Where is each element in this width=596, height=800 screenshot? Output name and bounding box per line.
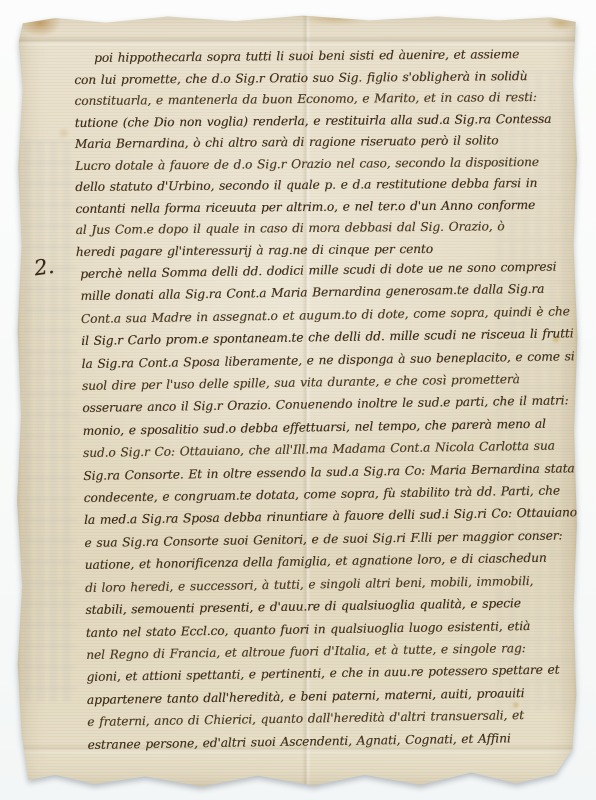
scan-background: 2. poi hippothecarla sopra tutti li suoi… (0, 0, 596, 800)
manuscript-line: al Jus Com.e dopo il quale in caso di mo… (76, 216, 576, 242)
manuscript-page: 2. poi hippothecarla sopra tutti li suoi… (16, 11, 578, 788)
manuscript-line: tutione (che Dio non voglia) renderla, e… (75, 108, 575, 134)
paragraph-1: poi hippothecarla sopra tutti li suoi be… (74, 44, 576, 263)
manuscript-page-wrap: 2. poi hippothecarla sopra tutti li suoi… (16, 11, 578, 788)
paragraph-marker: 2. (32, 254, 55, 281)
paragraph-2: perchè nella Somma delli dd. dodici mill… (80, 255, 588, 756)
ink-showthrough-left (24, 141, 76, 701)
